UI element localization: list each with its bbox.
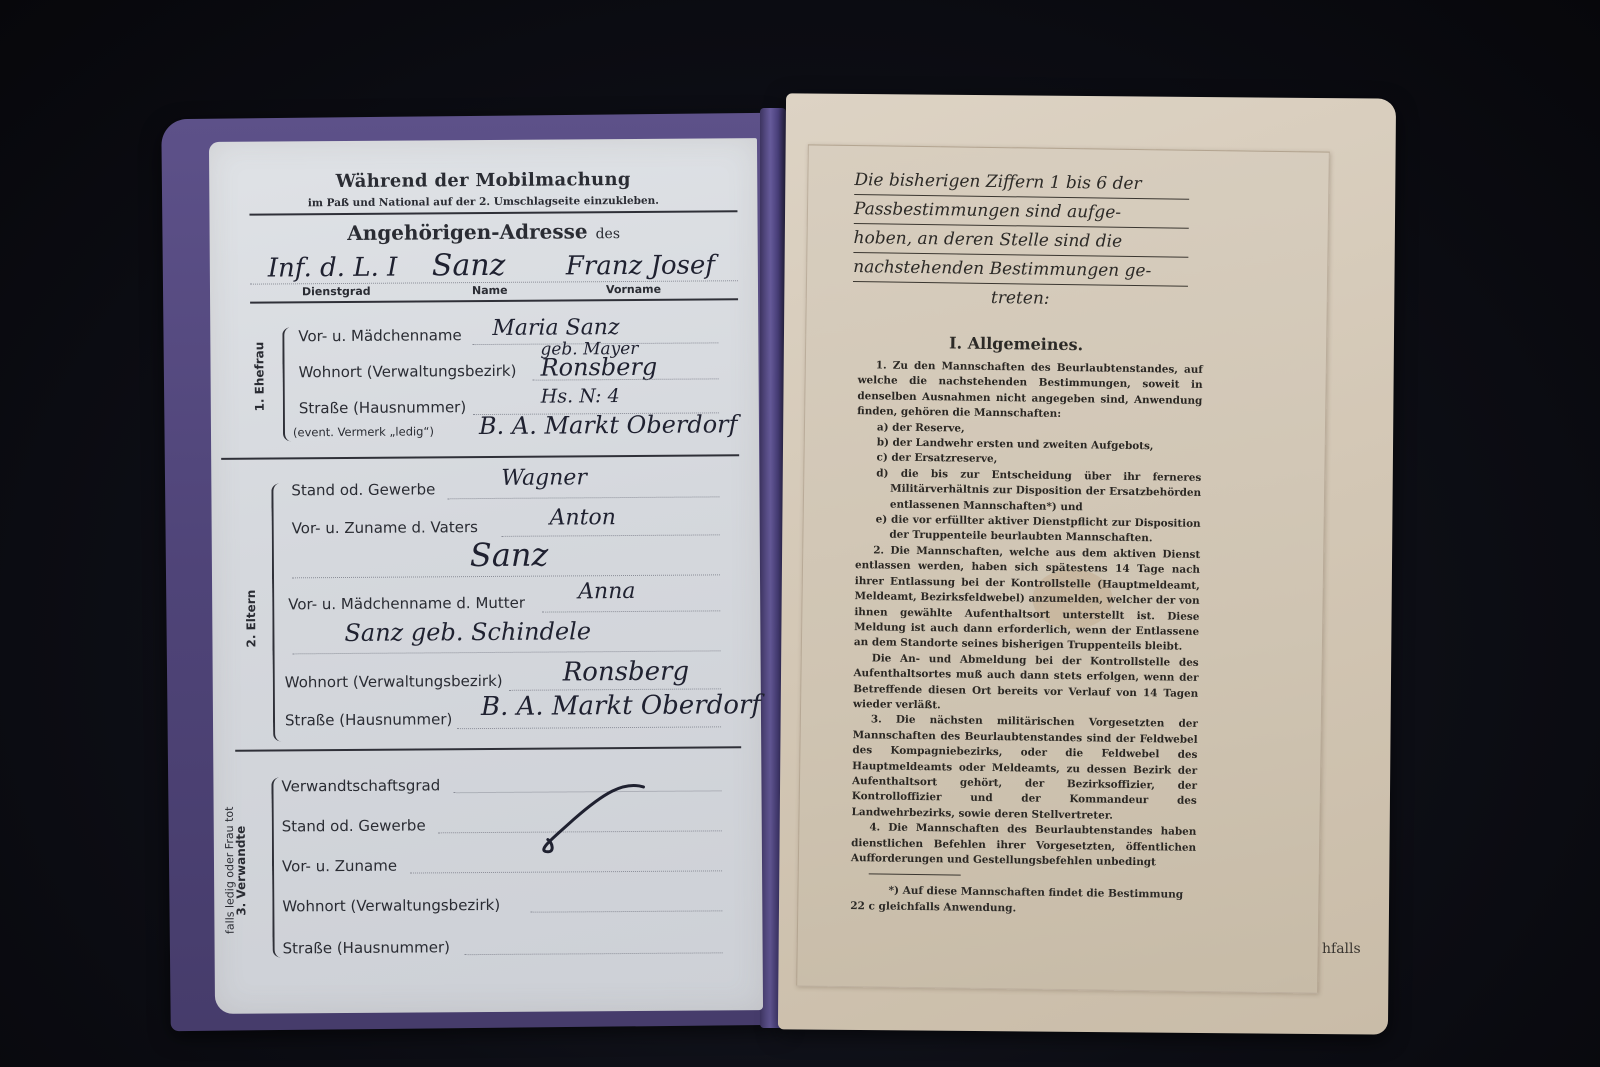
field-label: Vor- u. Mädchenname — [298, 326, 462, 345]
divider — [221, 454, 739, 460]
field-label: Straße (Hausnummer) — [299, 398, 466, 417]
form-title: Während der Mobilmachung — [209, 168, 757, 193]
form-subtitle: im Paß und National auf der 2. Umschlags… — [209, 194, 757, 210]
dotted-line — [292, 574, 720, 578]
dotted-line — [530, 910, 722, 912]
divider — [249, 210, 737, 215]
field-value: Anna — [578, 579, 636, 604]
field-value: B. A. Markt Oberdorf — [479, 410, 738, 440]
dotted-line — [465, 952, 723, 955]
divider — [250, 298, 738, 303]
dotted-line — [447, 496, 719, 499]
field-label: Vor- u. Zuname — [282, 857, 397, 876]
section-title: I. Allgemeines. — [806, 331, 1226, 356]
field-label: Vor- u. Mädchenname d. Mutter — [288, 594, 525, 614]
field-value-2: Sanz geb. Schindele — [344, 617, 591, 647]
field-label: Verwandtschaftsgrad — [281, 776, 440, 795]
brace — [282, 327, 293, 441]
name-label: Name — [472, 284, 508, 297]
dotted-line — [293, 650, 721, 654]
field-value: Wagner — [501, 465, 587, 491]
field-value: Ronsberg — [540, 353, 657, 382]
field-label: Stand od. Gewerbe — [282, 816, 426, 835]
dotted-line — [457, 726, 721, 729]
footnote: *) Auf diese Mannschaften findet die Bes… — [850, 882, 1195, 919]
first-name-value: Franz Josef — [566, 250, 715, 281]
field-label: Wohnort (Verwaltungsbezirk) — [299, 362, 517, 382]
field-value-2: Sanz — [470, 536, 549, 575]
field-value: Hs. N: 4 — [541, 385, 620, 408]
heading-text: Angehörigen-Adresse — [347, 219, 588, 245]
field-label: (event. Vermerk „ledig“) — [293, 424, 434, 439]
field-value: Anton — [550, 505, 616, 530]
section-parents-label: 2. Eltern — [244, 590, 258, 648]
rank-value: Inf. d. L. I — [268, 253, 398, 284]
field-value: Maria Sanz — [492, 315, 619, 341]
field-label: Straße (Hausnummer) — [285, 710, 452, 729]
brace — [271, 777, 282, 957]
dotted-line — [410, 870, 722, 873]
field-label: Vor- u. Zuname d. Vaters — [292, 518, 478, 537]
rank-label: Dienstgrad — [302, 285, 371, 298]
field-label: Wohnort (Verwaltungsbezirk) — [282, 896, 500, 916]
brace — [271, 483, 283, 741]
dotted-line — [542, 610, 720, 612]
heading-suffix: des — [596, 226, 621, 242]
strike-mark-icon — [533, 779, 654, 860]
field-label: Straße (Hausnummer) — [283, 938, 450, 957]
field-value: Ronsberg — [563, 657, 690, 688]
section-wife-label: 1. Ehefrau — [252, 342, 266, 412]
footnote-divider — [869, 873, 961, 875]
field-value: B. A. Markt Oberdorf — [481, 690, 761, 722]
left-page-form: Während der Mobilmachung im Paß und Nati… — [209, 138, 763, 1014]
back-page-fragment: hfalls — [1322, 941, 1361, 957]
field-label: Stand od. Gewerbe — [291, 480, 435, 499]
section-relatives-note: falls ledig oder Frau tot — [223, 807, 237, 935]
amendment-notice: Die bisherigen Ziffern 1 bis 6 der Passb… — [853, 166, 1190, 315]
regulations-text: 1. Zu den Mannschaften des Beurlaubtenst… — [851, 358, 1203, 871]
form-heading: Angehörigen-Adressedes — [210, 218, 758, 246]
pasted-regulations-slip: Die bisherigen Ziffern 1 bis 6 der Passb… — [796, 144, 1330, 993]
first-name-label: Vorname — [606, 283, 661, 296]
divider — [235, 746, 741, 752]
name-value: Sanz — [432, 248, 506, 284]
field-label: Wohnort (Verwaltungsbezirk) — [285, 672, 503, 692]
